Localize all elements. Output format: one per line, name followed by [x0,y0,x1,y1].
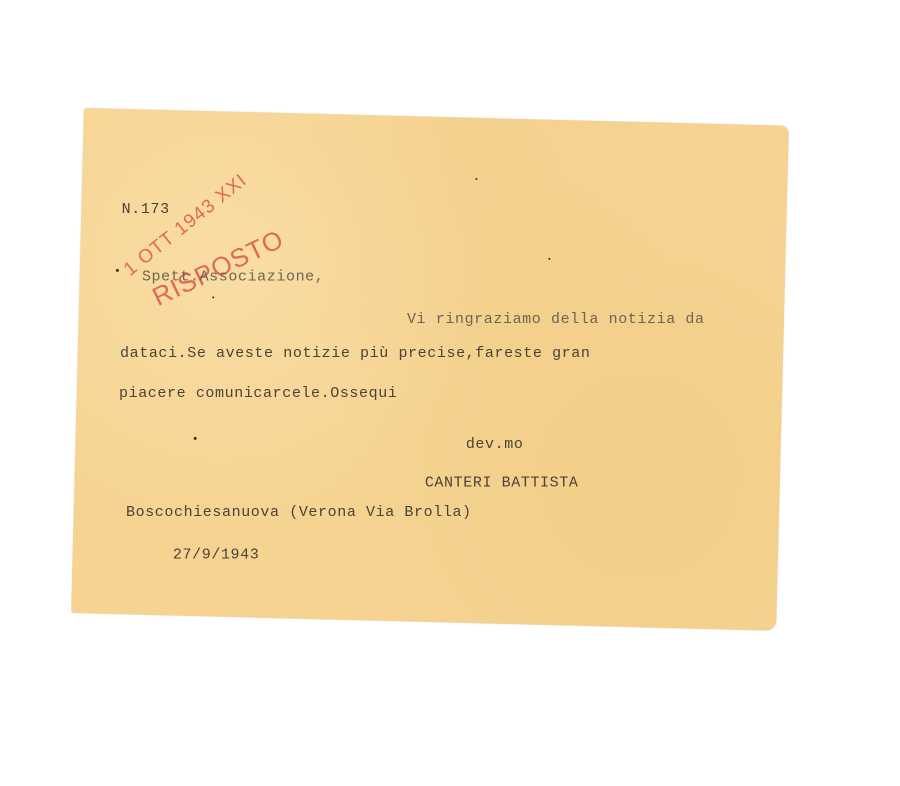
ink-speck [212,296,214,298]
letter-date: 27/9/1943 [173,546,259,563]
body-line-3: piacere comunicarcele.Ossequi [119,385,397,402]
reference-number: N.173 [122,201,170,218]
postcard: N.173 1 OTT 1943 XXI RISPOSTO Spett.Asso… [71,108,789,631]
sender-address: Boscochiesanuova (Verona Via Brolla) [126,504,472,521]
ink-speck [194,437,197,440]
ink-speck [116,269,119,272]
salutation: Spett.Associazione, [142,269,324,286]
signature: CANTERI BATTISTA [425,475,579,492]
ink-speck [548,258,550,260]
body-line-2: dataci.Se aveste notizie più precise,far… [120,345,590,362]
ink-speck [475,178,477,180]
closing: dev.mo [466,436,524,453]
body-line-1: Vi ringraziamo della notizia da [407,311,705,328]
